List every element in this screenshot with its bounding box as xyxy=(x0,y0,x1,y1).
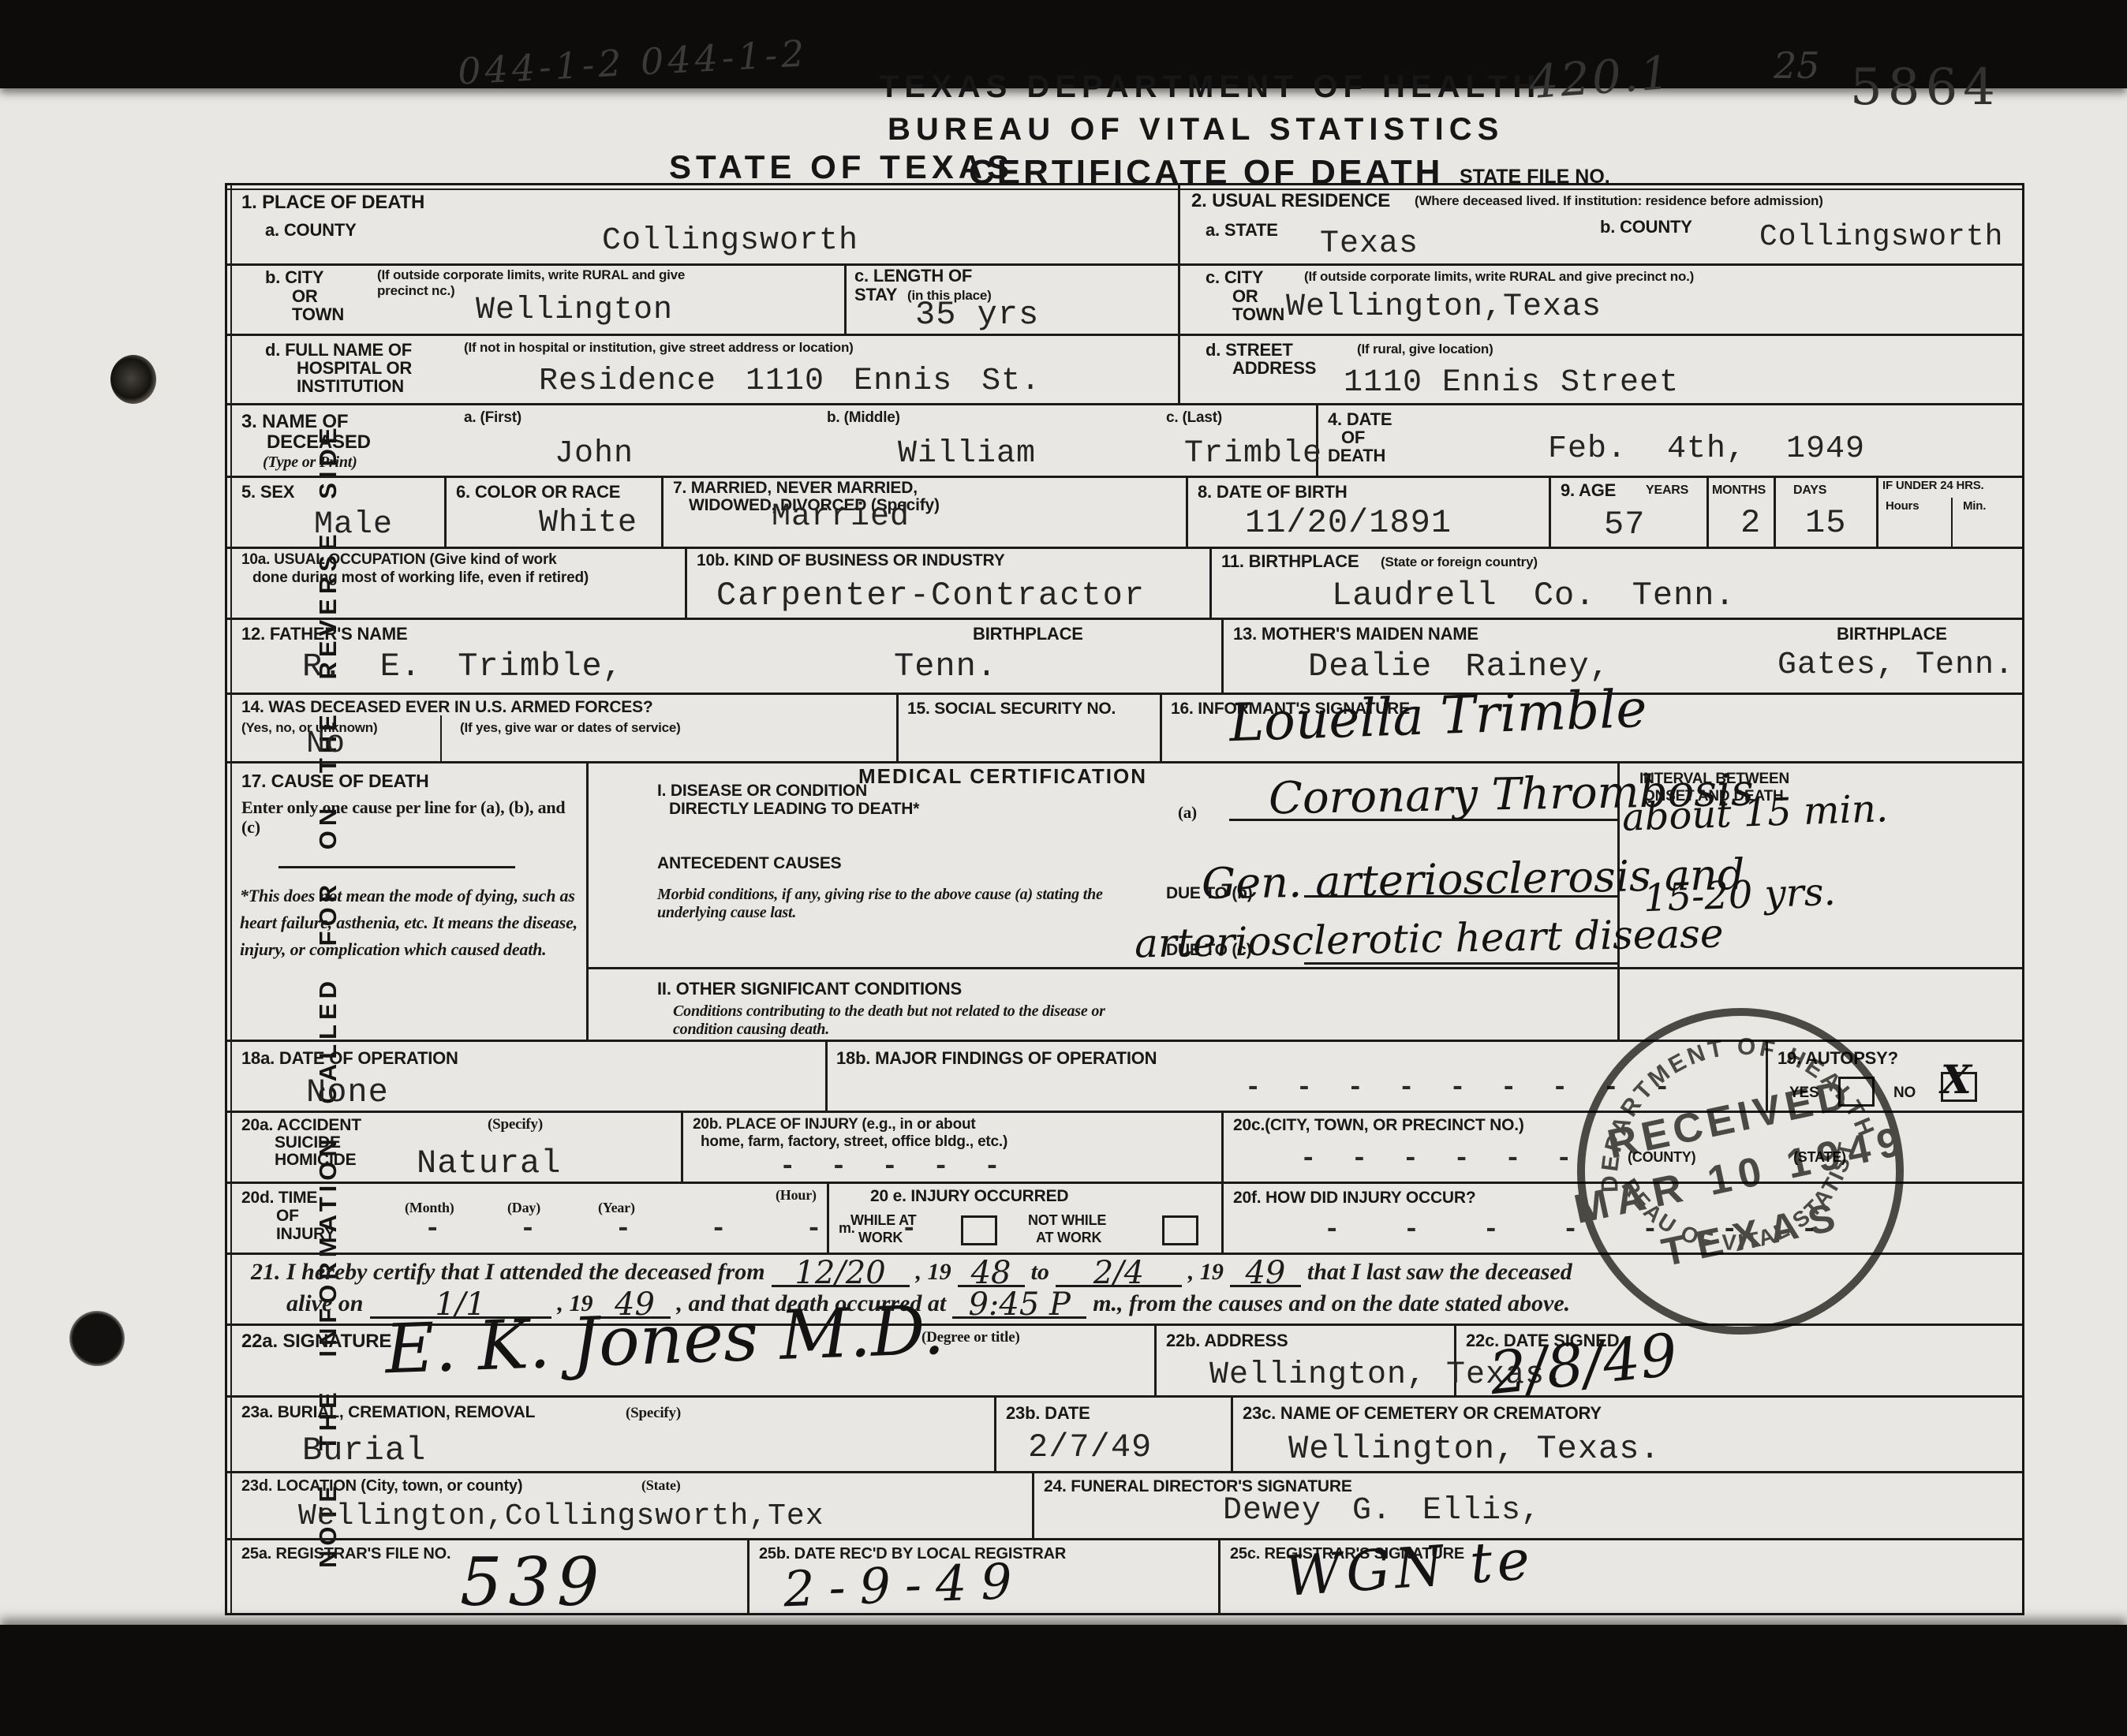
city-of-death-value: Wellington xyxy=(476,293,673,328)
middle-name-value: William xyxy=(898,436,1036,472)
rule xyxy=(227,547,2022,549)
attended-to-value: 2/4 xyxy=(1093,1262,1144,1284)
state-file-code-pencil: 25 xyxy=(1774,44,1820,87)
street-address-value: 1110 Ennis Street xyxy=(1344,365,1679,401)
armed-forces-label: 14. WAS DECEASED EVER IN U.S. ARMED FORC… xyxy=(241,698,653,717)
rule xyxy=(1706,476,1709,547)
certify-text: that I last saw the deceased xyxy=(1307,1259,1572,1285)
date-of-operation-value: None xyxy=(306,1073,389,1111)
injury-occurred-label: 20 e. INJURY OCCURRED xyxy=(870,1187,1068,1206)
age-label: 9. AGE xyxy=(1561,480,1616,501)
first-name-value: John xyxy=(555,436,634,472)
sex-value: Male xyxy=(314,507,393,543)
received-stamp-graphic: DEPARTMENT OF HEALTH BUREAU OF VITAL STA… xyxy=(1536,967,1944,1375)
birthplace-label: 11. BIRTHPLACE xyxy=(1221,551,1359,572)
residence-county-value: Collingsworth xyxy=(1759,220,2003,254)
how-injury-occurred-label: 20f. HOW DID INJURY OCCUR? xyxy=(1233,1189,1476,1208)
funeral-director-value: Dewey G. Ellis, xyxy=(1223,1493,1541,1529)
rule xyxy=(825,1040,828,1111)
last-name-label: c. (Last) xyxy=(1166,409,1222,427)
color-or-race-label: 6. COLOR OR RACE xyxy=(456,482,620,502)
rule xyxy=(440,715,442,761)
age-months-value: 2 xyxy=(1740,504,1761,542)
not-while-at-work-label: AT WORK xyxy=(1036,1230,1101,1246)
rule xyxy=(227,693,2022,695)
father-birthplace-label: BIRTHPLACE xyxy=(973,624,1083,644)
rule xyxy=(227,403,2022,405)
rule xyxy=(586,761,589,1040)
cause-a-label: (a) xyxy=(1178,803,1197,823)
certificate-form: 1. PLACE OF DEATH a. COUNTY Collingswort… xyxy=(225,183,2024,1615)
rule xyxy=(1160,693,1162,761)
birthplace-note: (State or foreign country) xyxy=(1381,554,1538,570)
rule xyxy=(896,693,899,761)
header-department: TEXAS DEPARTMENT OF HEALTH xyxy=(880,69,1541,105)
armed-forces-value: No xyxy=(306,726,346,762)
attended-from-year: 48 xyxy=(971,1262,1011,1284)
burial-location-label: 23d. LOCATION (City, town, or county) xyxy=(241,1477,522,1495)
not-while-label: NOT WHILE xyxy=(1028,1212,1106,1229)
armed-forces-note-2: (If yes, give war or dates of service) xyxy=(460,720,681,736)
occupation-label-2: done during most of working life, even i… xyxy=(252,569,589,587)
physician-address-label: 22b. ADDRESS xyxy=(1166,1331,1288,1351)
color-or-race-value: White xyxy=(539,506,637,541)
other-conditions-label: II. OTHER SIGNIFICANT CONDITIONS xyxy=(657,979,962,999)
rule xyxy=(1774,476,1776,547)
state-file-number: 5864 xyxy=(1850,58,2001,117)
burial-specify-label: (Specify) xyxy=(626,1405,681,1422)
residence-city-town: TOWN xyxy=(1232,304,1284,325)
name-of-deceased-label-3: (Type or Print) xyxy=(263,454,357,472)
mothers-maiden-name-value: Dealie Rainey, xyxy=(1308,648,1610,685)
middle-name-label: b. (Middle) xyxy=(827,409,900,427)
not-while-at-work-checkbox xyxy=(1162,1215,1198,1245)
marital-status-label-1: 7. MARRIED, NEVER MARRIED, xyxy=(673,479,918,498)
accident-label: 20a. ACCIDENT xyxy=(241,1116,361,1135)
usual-residence-note: (Where deceased lived. If institution: r… xyxy=(1415,193,2014,209)
rule xyxy=(747,1538,749,1613)
rule xyxy=(1231,1395,1233,1471)
rule xyxy=(1221,1182,1224,1253)
business-industry-value: Carpenter-Contractor xyxy=(716,577,1146,614)
rule xyxy=(227,1471,2022,1473)
hours-label: Hours xyxy=(1886,499,1919,513)
date-of-birth-value: 11/20/1891 xyxy=(1245,504,1452,542)
marital-status-value: Married xyxy=(772,499,910,535)
attended-from-value: 12/20 xyxy=(794,1262,885,1284)
rule xyxy=(661,476,664,547)
date-of-birth-label: 8. DATE OF BIRTH xyxy=(1198,482,1348,502)
business-industry-label: 10b. KIND OF BUSINESS OR INDUSTRY xyxy=(697,551,1005,570)
rule xyxy=(1154,1323,1157,1395)
rule xyxy=(1032,1471,1034,1538)
fathers-name-label: 12. FATHER'S NAME xyxy=(241,624,407,644)
header-state-of-texas: STATE OF TEXAS xyxy=(669,148,1014,186)
burial-date-label: 23b. DATE xyxy=(1006,1403,1090,1424)
rule xyxy=(227,618,2022,620)
injury-year-label: (Year) xyxy=(598,1200,635,1216)
social-security-label: 15. SOCIAL SECURITY NO. xyxy=(907,700,1116,719)
sex-label: 5. SEX xyxy=(241,482,294,502)
homicide-label: HOMICIDE xyxy=(275,1151,356,1170)
mother-birthplace-label: BIRTHPLACE xyxy=(1837,624,1947,644)
name-of-deceased-label-1: 3. NAME OF xyxy=(241,411,348,433)
registrar-file-no-label: 25a. REGISTRAR'S FILE NO. xyxy=(241,1545,450,1563)
while-at-label: WHILE AT xyxy=(850,1212,916,1229)
age-months-label: MONTHS xyxy=(1712,483,1766,498)
rule xyxy=(994,1395,996,1471)
age-days-label: DAYS xyxy=(1793,483,1826,498)
place-of-death-title: 1. PLACE OF DEATH xyxy=(241,192,424,214)
name-of-deceased-label-2: DECEASED xyxy=(267,431,371,454)
received-stamp: DEPARTMENT OF HEALTH BUREAU OF VITAL STA… xyxy=(1536,967,1944,1375)
time-of-injury-label-2: OF xyxy=(276,1207,299,1226)
certify-statement-line-1: 21. I hereby certify that I attended the… xyxy=(251,1258,1572,1287)
autopsy-no-mark: X xyxy=(1941,1056,1972,1103)
disease-label-2: DIRECTLY LEADING TO DEATH* xyxy=(669,800,919,819)
hole-punch-top xyxy=(110,355,156,404)
injury-city-label: 20c.(CITY, TOWN, OR PRECINCT NO.) xyxy=(1233,1116,1524,1135)
rule xyxy=(844,263,847,334)
last-name-value: Trimble xyxy=(1184,436,1322,472)
date-of-death-label-3: DEATH xyxy=(1328,446,1385,466)
rule xyxy=(685,547,687,618)
attended-to-year: 49 xyxy=(1245,1262,1285,1284)
disease-label-1: I. DISEASE OR CONDITION xyxy=(657,782,867,801)
rule xyxy=(1209,547,1212,618)
institution-label-3: INSTITUTION xyxy=(297,376,404,397)
burial-location-value: Wellington,Collingsworth,Tex xyxy=(298,1499,824,1533)
rule xyxy=(681,1111,683,1182)
cause-of-death-note: *This does not mean the mode of dying, s… xyxy=(240,883,585,963)
length-of-stay-label-2: STAY xyxy=(854,285,897,305)
scan-bottom-black-bar xyxy=(0,1625,2127,1736)
date-of-operation-label: 18a. DATE OF OPERATION xyxy=(241,1048,458,1069)
burial-label: 23a. BURIAL, CREMATION, REMOVAL xyxy=(241,1403,535,1422)
city-of-death-label: b. CITY xyxy=(265,267,323,288)
rule xyxy=(227,761,2022,763)
death-time-value: 9:45 P xyxy=(968,1294,1070,1316)
date-of-death-value: Feb. 4th, 1949 xyxy=(1403,431,2010,467)
accident-specify-label: (Specify) xyxy=(488,1116,543,1133)
city-of-death-town: TOWN xyxy=(292,304,344,325)
rule xyxy=(227,263,2022,266)
institution-value: Residence 1110 Ennis St. xyxy=(539,364,1041,399)
cemetery-value: Wellington, Texas. xyxy=(1288,1430,1661,1468)
birthplace-value: Laudrell Co. Tenn. xyxy=(1332,577,1736,614)
time-of-injury-label-3: INJURY xyxy=(276,1225,335,1244)
rule xyxy=(1876,476,1878,547)
rule xyxy=(1186,476,1188,547)
certify-text: alive on xyxy=(286,1290,364,1316)
age-years-label: YEARS xyxy=(1646,483,1688,498)
injury-city-value: - - - - - - xyxy=(1300,1144,1581,1174)
place-of-injury-label-1: 20b. PLACE OF INJURY (e.g., in or about xyxy=(693,1116,976,1133)
residence-city-label: c. CITY xyxy=(1206,267,1263,288)
burial-location-state-label: (State) xyxy=(641,1477,681,1494)
informant-signature-value: Louella Trimble xyxy=(1228,678,1648,753)
length-of-stay-label: c. LENGTH OF xyxy=(854,266,972,286)
residence-city-value: Wellington,Texas xyxy=(1286,289,1602,325)
rule xyxy=(444,476,447,547)
residence-county-label: b. COUNTY xyxy=(1600,217,1692,237)
date-received-value: 2-9-49 xyxy=(783,1552,1027,1618)
header-bureau: BUREAU OF VITAL STATISTICS xyxy=(888,112,1504,147)
father-birthplace-value: Tenn. xyxy=(894,648,997,685)
rule xyxy=(1218,1538,1221,1613)
cause-of-death-sub: Enter only one cause per line for (a), (… xyxy=(241,797,581,838)
morbid-note: Morbid conditions, if any, giving rise t… xyxy=(657,886,1115,922)
burial-date-value: 2/7/49 xyxy=(1028,1428,1152,1466)
rule xyxy=(1549,476,1551,547)
interval-b-value: 15-20 yrs. xyxy=(1643,870,1836,920)
institution-note: (If not in hospital or institution, give… xyxy=(464,340,854,356)
cause-c-value: arteriosclerotic heart disease xyxy=(1135,910,1724,966)
residence-state-value: Texas xyxy=(1320,226,1419,262)
other-conditions-note: Conditions contributing to the death but… xyxy=(673,1002,1162,1039)
interval-label-1: INTERVAL BETWEEN xyxy=(1639,771,1789,788)
rule xyxy=(227,334,2022,336)
cemetery-label: 23c. NAME OF CEMETERY OR CREMATORY xyxy=(1243,1403,1602,1424)
rule xyxy=(278,866,515,868)
time-of-injury-label-1: 20d. TIME xyxy=(241,1189,317,1208)
county-of-death-value: Collingsworth xyxy=(602,223,858,259)
age-years-value: 57 xyxy=(1604,506,1645,543)
residence-city-note: (If outside corporate limits, write RURA… xyxy=(1304,269,1694,285)
antecedent-causes-label: ANTECEDENT CAUSES xyxy=(657,854,841,873)
state-file-code-handwritten: 420.1 xyxy=(1527,46,1673,109)
residence-state-label: a. STATE xyxy=(1206,220,1278,241)
while-at-work-label: WORK xyxy=(858,1230,903,1246)
length-of-stay-value: 35 yrs xyxy=(915,296,1039,334)
interval-a-value: about 15 min. xyxy=(1621,786,1889,840)
injury-day-label: (Day) xyxy=(507,1200,540,1216)
injury-month-label: (Month) xyxy=(405,1200,454,1216)
rule xyxy=(1951,498,1953,547)
usual-residence-title: 2. USUAL RESIDENCE xyxy=(1191,190,1390,212)
age-days-value: 15 xyxy=(1805,504,1846,542)
major-findings-label: 18b. MAJOR FINDINGS OF OPERATION xyxy=(836,1048,1157,1069)
hole-punch-bottom xyxy=(69,1311,125,1366)
rule xyxy=(227,476,2022,478)
burial-value: Burial xyxy=(302,1432,426,1469)
county-of-death-label: a. COUNTY xyxy=(265,220,357,241)
fathers-name-value: R. E. Trimble, xyxy=(302,648,623,685)
rule xyxy=(227,1395,2022,1398)
cause-of-death-title: 17. CAUSE OF DEATH xyxy=(241,771,429,792)
accident-value: Natural xyxy=(417,1144,561,1182)
street-address-note: (If rural, give location) xyxy=(1357,342,1493,357)
street-address-label-2: ADDRESS xyxy=(1232,358,1316,379)
rule xyxy=(1221,618,1224,693)
if-under-24-label: IF UNDER 24 HRS. xyxy=(1882,479,1984,492)
medical-certification-title: MEDICAL CERTIFICATION xyxy=(858,764,1147,789)
mother-birthplace-value: Gates, Tenn. xyxy=(1777,648,2014,683)
certify-text: 21. I hereby certify that I attended the… xyxy=(251,1259,765,1285)
rule xyxy=(227,1538,2022,1540)
rule xyxy=(586,967,2022,969)
first-name-label: a. (First) xyxy=(464,409,521,427)
registrar-file-no-value: 539 xyxy=(460,1544,605,1621)
occupation-label-1: 10a. USUAL OCCUPATION (Give kind of work xyxy=(241,551,557,569)
place-of-injury-label-2: home, farm, factory, street, office bldg… xyxy=(701,1133,1007,1151)
suicide-label: SUICIDE xyxy=(275,1133,341,1152)
rule xyxy=(1221,1111,1224,1182)
certify-text: m., from the causes and on the date stat… xyxy=(1093,1290,1570,1316)
certify-text: , 19 xyxy=(916,1259,951,1285)
min-label: Min. xyxy=(1963,499,1986,513)
certify-text: to xyxy=(1031,1259,1049,1285)
certify-text: , 19 xyxy=(1188,1259,1224,1285)
physician-signature-label: 22a. SIGNATURE xyxy=(241,1331,391,1353)
place-of-injury-value: - - - - - xyxy=(779,1152,1010,1182)
injury-hour-label: (Hour) xyxy=(776,1187,817,1204)
death-certificate-scan: NOTE THE INFORMATION CALLED FOR ON THE R… xyxy=(0,0,2127,1736)
while-at-work-checkbox xyxy=(961,1215,997,1245)
rule xyxy=(1178,185,1180,403)
mothers-maiden-name-label: 13. MOTHER'S MAIDEN NAME xyxy=(1233,624,1478,644)
